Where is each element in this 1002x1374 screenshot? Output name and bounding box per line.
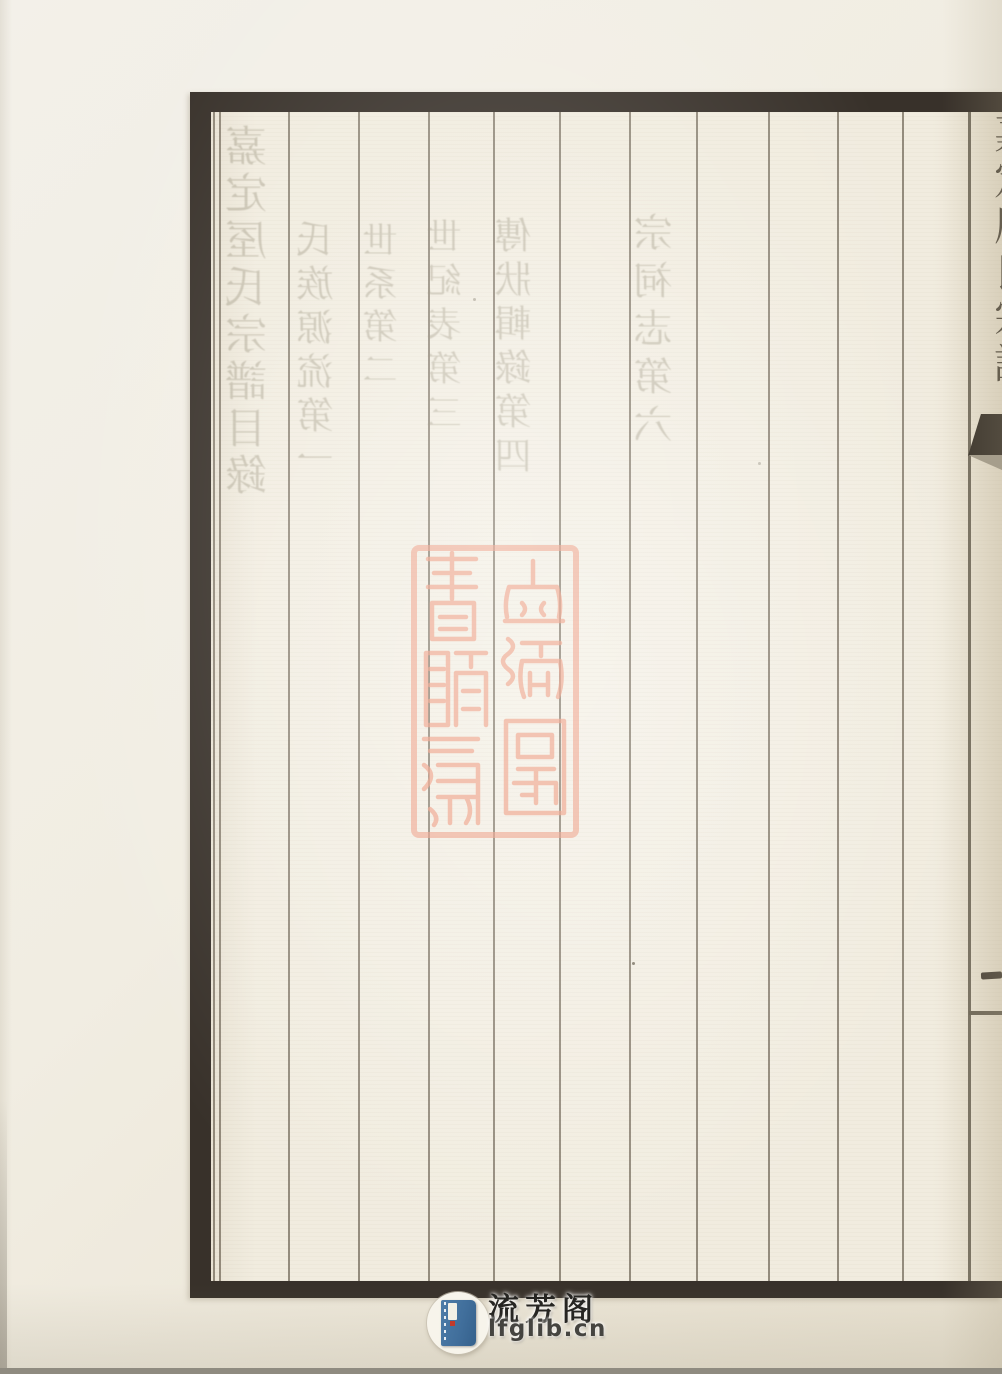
bleedthrough-column: 氏族源流第一 (300, 220, 337, 520)
seal-char-cang (424, 739, 478, 825)
fold-book-title: 嘉定厔氏宗譜 (971, 112, 1002, 452)
column-rule (358, 112, 360, 1281)
column-rule (768, 112, 770, 1281)
column-rule (219, 112, 221, 1281)
seal-char-hai (503, 639, 562, 697)
column-rule (213, 112, 215, 1281)
column-rule (837, 112, 839, 1281)
seal-char-shang (505, 561, 563, 621)
bleedthrough-column: 傳狀輯錄第四 (498, 216, 535, 516)
column-rule (629, 112, 631, 1281)
watermark-logo-circle (427, 1292, 489, 1354)
page-number-mark (981, 971, 1002, 979)
dust-speck (632, 962, 635, 965)
bleedthrough-column: 世系第二 (366, 222, 401, 422)
fold-divider-rule (969, 1011, 1002, 1015)
column-rule (696, 112, 698, 1281)
column-rule (288, 112, 290, 1281)
dust-speck (758, 462, 761, 465)
bleedthrough-column: 世紀表第三 (430, 218, 465, 468)
dust-speck (473, 298, 476, 301)
watermark-site-url: lfglib.cn (488, 1316, 607, 1342)
book-red-seal (450, 1321, 455, 1326)
scan-edge-shadow-left (0, 1100, 7, 1374)
bleedthrough-column: 宗祠志第六 (637, 212, 676, 472)
book-title-slip (448, 1303, 457, 1320)
scanned-genealogy-page: 嘉定厔氏宗譜目錄 氏族源流第一 世系第二 世紀表第三 傳狀輯錄第四 宗祠志第六 … (0, 0, 1002, 1374)
book-stitching (444, 1302, 446, 1344)
seal-char-tu (506, 721, 564, 813)
book-icon (441, 1300, 476, 1346)
column-rule (902, 112, 904, 1281)
seal-char-guan (426, 653, 486, 725)
scan-edge-shadow-bottom (0, 1368, 1002, 1374)
seal-char-shu (428, 553, 476, 639)
watermark: 流芳阁 lfglib.cn (420, 1282, 680, 1362)
library-seal-stamp (410, 543, 580, 840)
bleedthrough-column-title: 嘉定厔氏宗譜目錄 (228, 124, 270, 544)
